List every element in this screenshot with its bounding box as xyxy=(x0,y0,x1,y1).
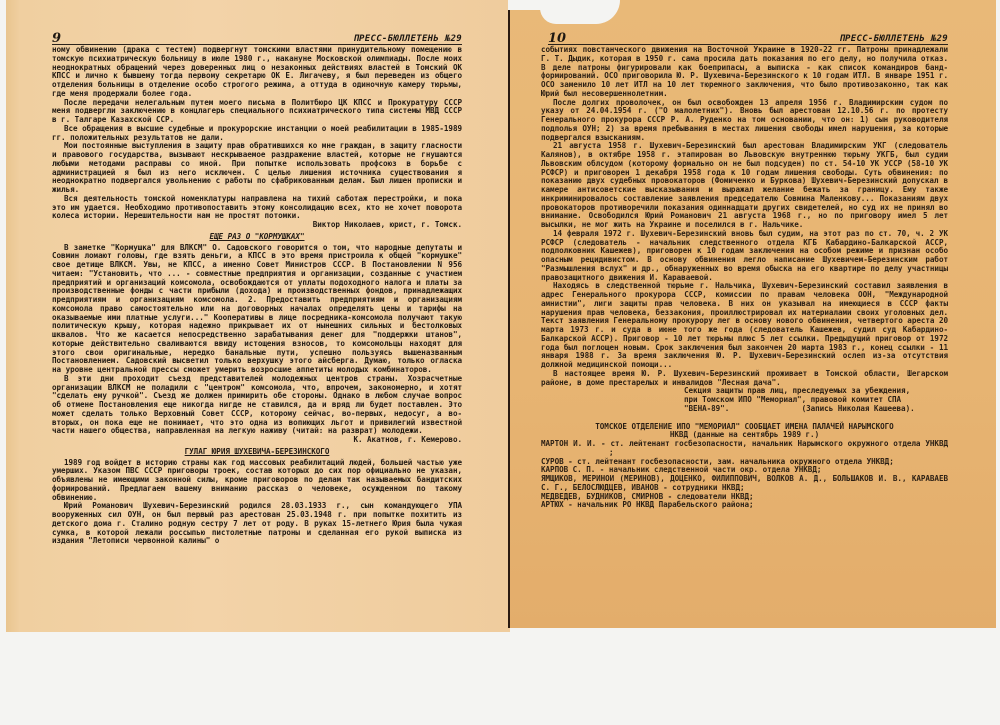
role: - следователи НКВД; xyxy=(668,492,754,501)
page-number: 10 xyxy=(548,33,566,44)
names: МАРТОН И. И. xyxy=(541,439,596,448)
section-title-text: ГУЛАГ ЮРИЯ ШУХЕВИЧА-БЕРЕЗИНСКОГО xyxy=(185,447,330,456)
list-item: АРТЮХ - начальник РО НКВД Парабельского … xyxy=(541,501,948,510)
paragraph: 14 февраля 1972 г. Шухевич-Березинский в… xyxy=(541,230,948,283)
names: СУРОВ xyxy=(541,457,564,466)
left-page-header: 9 ПРЕСС-БЮЛЛЕТЕНЬ №29 xyxy=(52,32,462,45)
paragraph: Находясь в следственной тюрьме г. Нальчи… xyxy=(541,282,948,370)
signature: К. Акатнов, г. Кемерово. xyxy=(52,436,462,445)
paragraph: После передачи нелегальным путем моего п… xyxy=(52,99,462,125)
role: - ст. лейтенант госбезопасности, начальн… xyxy=(601,439,948,457)
right-page-body: событиях повстанческого движения на Вост… xyxy=(541,46,948,510)
right-page-header: 10 ПРЕСС-БЮЛЛЕТЕНЬ №29 xyxy=(548,32,948,45)
role: - сотрудники НКВД; xyxy=(663,483,744,492)
paragraph: Мои постоянные выступления в защиту прав… xyxy=(52,142,462,195)
role: - начальник следственной части окр. отде… xyxy=(600,465,822,474)
signature-line: "ВЕНА-89". (Запись Николая Кашеева). xyxy=(684,405,948,414)
paragraph: Все обращения в высшие судебные и прокур… xyxy=(52,125,462,143)
paragraph: В заметке "Кормушка" для ВЛКСМ" О. Садов… xyxy=(52,244,462,375)
paragraph: После долгих проволочек, он был освобожд… xyxy=(541,99,948,143)
names: МЕДВЕДЕВ, БУДНИКОВ, СМИРНОВ xyxy=(541,492,663,501)
executioners-list: МАРТОН И. И. - ст. лейтенант госбезопасн… xyxy=(541,440,948,510)
section-title: ГУЛАГ ЮРИЯ ШУХЕВИЧА-БЕРЕЗИНСКОГО xyxy=(52,448,462,457)
torn-edge xyxy=(540,0,620,24)
role: - ст. лейтенант госбезопасности, зам. на… xyxy=(568,457,894,466)
paragraph: В настоящее время Ю. Р. Шухевич-Березинс… xyxy=(541,370,948,388)
bulletin-title: ПРЕСС-БЮЛЛЕТЕНЬ №29 xyxy=(353,34,462,44)
names: АРТЮХ xyxy=(541,500,564,509)
section-title: ЕЩЕ РАЗ О "КОРМУШКАХ" xyxy=(52,233,462,242)
section-title-text: ЕЩЕ РАЗ О "КОРМУШКАХ" xyxy=(210,232,305,241)
page-number: 9 xyxy=(52,33,61,44)
paragraph: 21 августа 1958 г. Шухевич-Березинский б… xyxy=(541,142,948,230)
bulletin-title: ПРЕСС-БЮЛЛЕТЕНЬ №29 xyxy=(839,34,948,44)
paragraph: 1989 год войдет в историю страны как год… xyxy=(52,459,462,503)
role: - начальник РО НКВД Парабельского района… xyxy=(568,500,753,509)
list-item: ЯМЩИКОВ, МЕРИНОИ (МЕРИНОВ), ДОЦЕНКО, ФИЛ… xyxy=(541,475,948,493)
paragraph: Вся деятельность томской номенклатуры на… xyxy=(52,195,462,221)
paragraph: В эти дни проходит съезд представителей … xyxy=(52,375,462,436)
list-item: МАРТОН И. И. - ст. лейтенант госбезопасн… xyxy=(541,440,948,458)
paragraph: ному обвинению (драка с тестем) подвергн… xyxy=(52,46,462,99)
left-page-body: ному обвинению (драка с тестем) подвергн… xyxy=(52,46,462,546)
names: КАРПОВ С. П. xyxy=(541,465,595,474)
paragraph: Юрий Романович Шухевич-Березинский родил… xyxy=(52,502,462,546)
signature: Виктор Николаев, юрист, г. Томск. xyxy=(52,221,462,230)
paragraph: событиях повстанческого движения на Вост… xyxy=(541,46,948,99)
